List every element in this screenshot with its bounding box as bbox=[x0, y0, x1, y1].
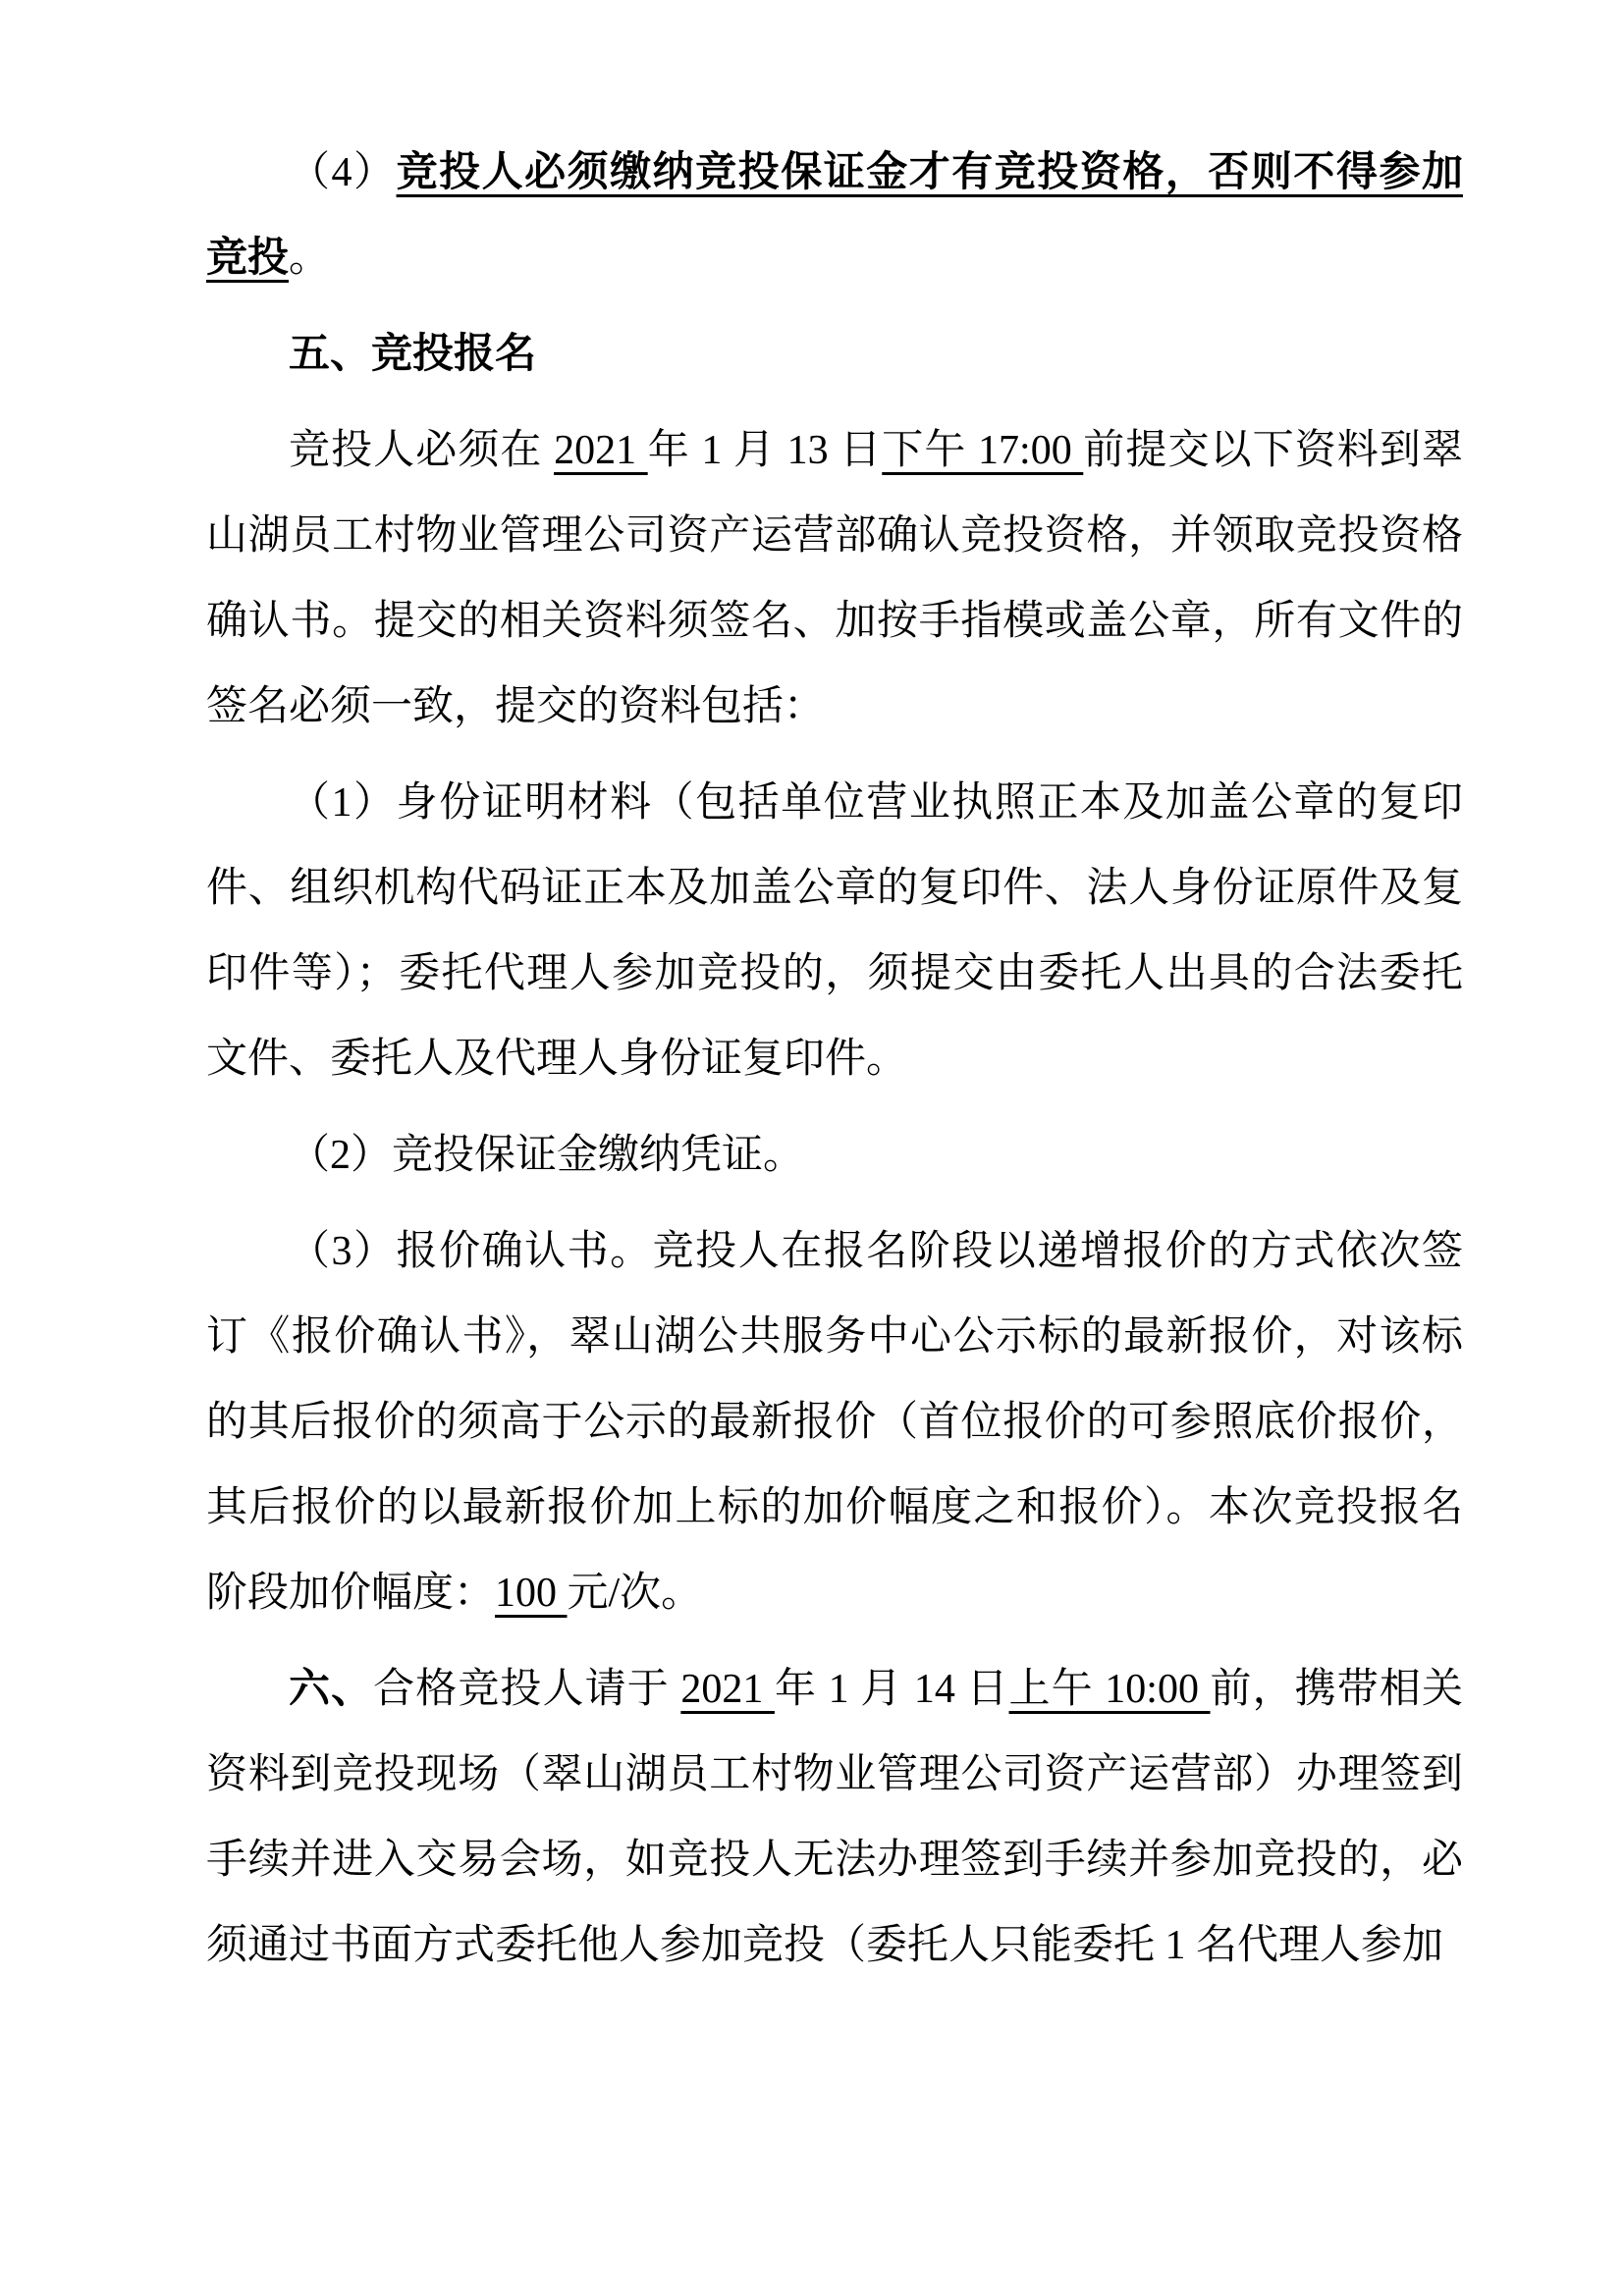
text-run: 竞投人必须在 bbox=[289, 428, 554, 473]
text-run: 100 bbox=[495, 1571, 568, 1616]
text-run: 2021 bbox=[680, 1667, 775, 1712]
text-run: （1）身份证明材料（包括单位营业执照正本及加盖公章的复印件、组织机构代码证正本及… bbox=[206, 780, 1463, 1082]
item-1-identity-materials: （1）身份证明材料（包括单位营业执照正本及加盖公章的复印件、组织机构代码证正本及… bbox=[206, 761, 1463, 1102]
text-run: 元/次。 bbox=[568, 1571, 703, 1616]
text-run: 年 1 月 13 日 bbox=[648, 428, 883, 473]
text-run: 前，携带相关资料到竞投现场（翠山湖员工村物业管理公司资产运营部）办理签到手续并进… bbox=[206, 1667, 1463, 1968]
text-run: 五、竞投报名 bbox=[289, 332, 536, 377]
document-page: （4）竞投人必须缴纳竞投保证金才有竞投资格，否则不得参加竞投。五、竞投报名竞投人… bbox=[0, 0, 1624, 2296]
text-run: 下午 17:00 bbox=[882, 428, 1083, 473]
text-run: 前提交以下资料到翠山湖员工村物业管理公司资产运营部确认竞投资格，并领取竞投资格确… bbox=[206, 428, 1463, 729]
text-run: 2021 bbox=[554, 428, 648, 473]
text-run: 六、 bbox=[289, 1667, 373, 1712]
text-run: （4） bbox=[289, 150, 397, 195]
section-6-paragraph: 六、合格竞投人请于 2021 年 1 月 14 日上午 10:00 前，携带相关… bbox=[206, 1647, 1463, 1989]
item-2-deposit-receipt: （2）竞投保证金缴纳凭证。 bbox=[206, 1113, 1463, 1199]
clause-4-paragraph: （4）竞投人必须缴纳竞投保证金才有竞投资格，否则不得参加竞投。 bbox=[206, 131, 1463, 301]
registration-requirements-paragraph: 竞投人必须在 2021 年 1 月 13 日下午 17:00 前提交以下资料到翠… bbox=[206, 408, 1463, 750]
text-run: （2）竞投保证金缴纳凭证。 bbox=[289, 1133, 804, 1178]
text-run: 。 bbox=[289, 236, 330, 281]
text-run: 上午 10:00 bbox=[1009, 1667, 1211, 1712]
text-run: 年 1 月 14 日 bbox=[775, 1667, 1009, 1712]
text-run: 合格竞投人请于 bbox=[373, 1667, 680, 1712]
text-run: （3）报价确认书。竞投人在报名阶段以递增报价的方式依次签订《报价确认书》，翠山湖… bbox=[206, 1229, 1463, 1616]
item-3-quotation-confirmation: （3）报价确认书。竞投人在报名阶段以递增报价的方式依次签订《报价确认书》，翠山湖… bbox=[206, 1209, 1463, 1636]
section-5-heading: 五、竞投报名 bbox=[206, 312, 1463, 398]
